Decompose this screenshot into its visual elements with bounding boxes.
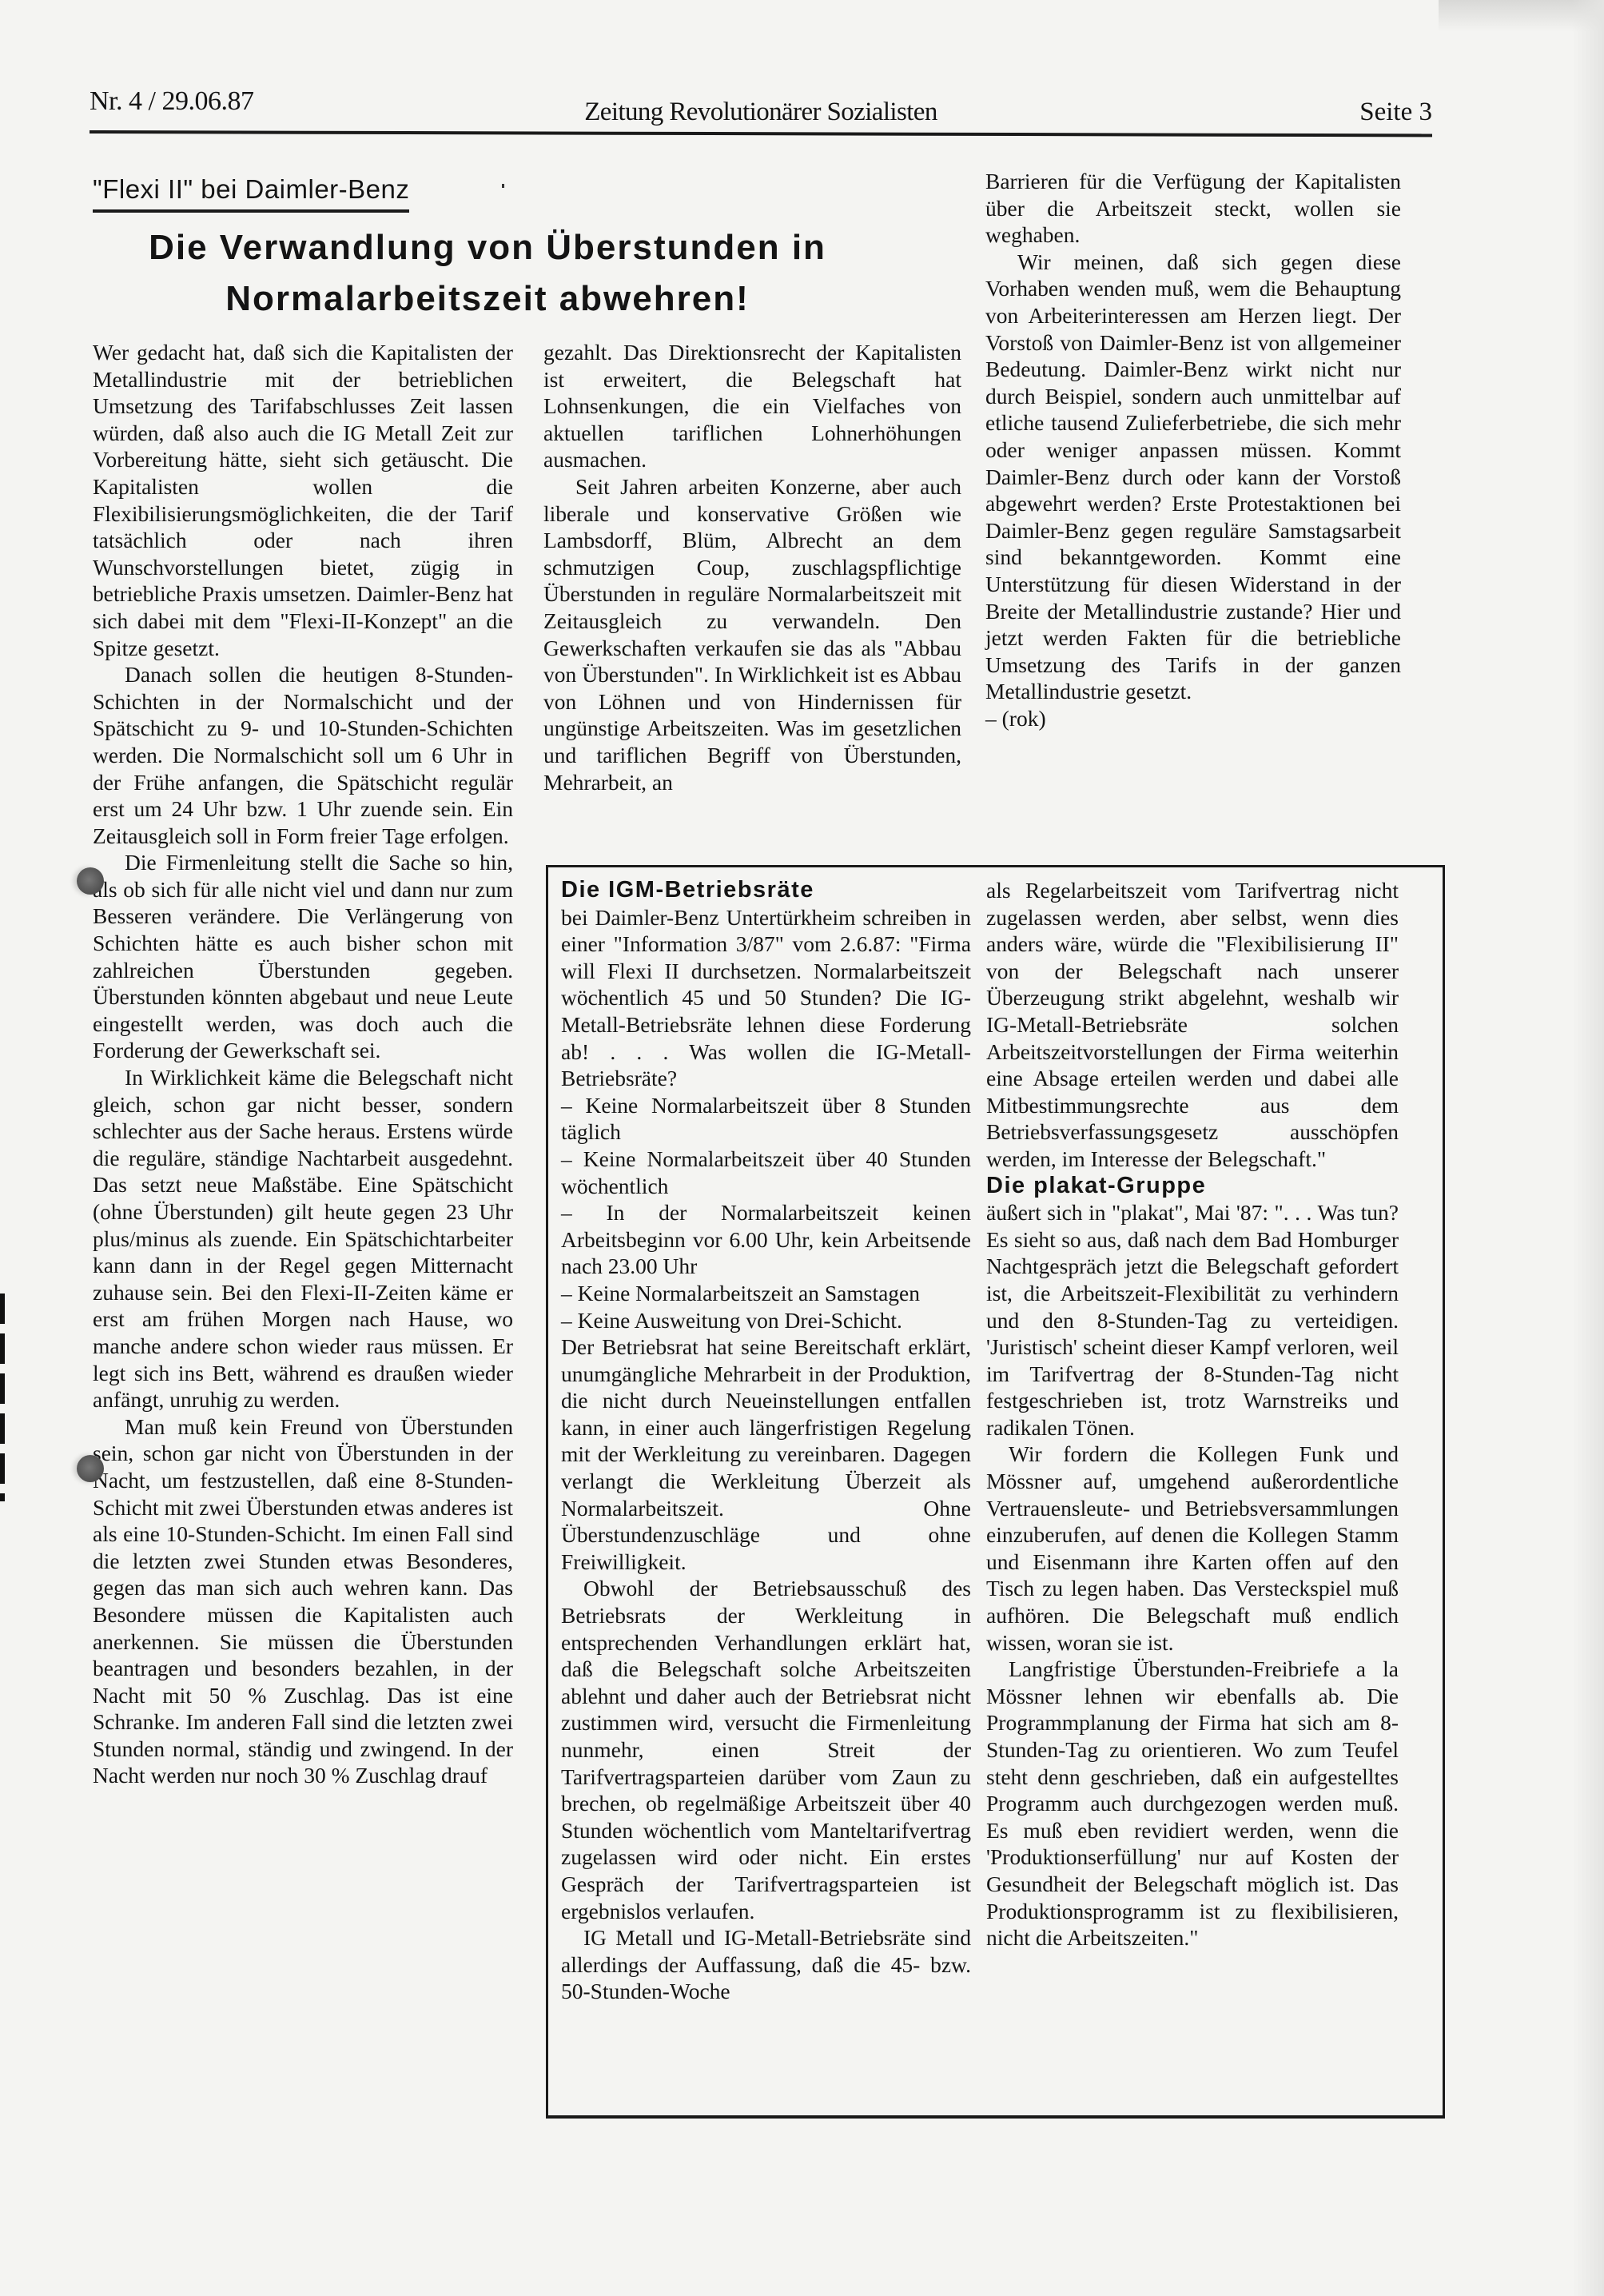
- punch-hole: [77, 1455, 104, 1482]
- scan-edge: [1572, 0, 1604, 2296]
- article-column-3: Barrieren für die Verfügung der Kapitali…: [985, 168, 1401, 731]
- author-signature: – (rok): [985, 705, 1401, 732]
- demand-item: – Keine Ausweitung von Drei-Schicht.: [561, 1307, 971, 1334]
- punch-hole: [77, 867, 104, 895]
- subhead-igm: Die IGM-Betriebsräte: [561, 877, 971, 904]
- paragraph: Langfristige Überstunden-Freibriefe a la…: [986, 1656, 1399, 1951]
- paragraph: IG Metall und IG-Metall-Betriebsräte sin…: [561, 1924, 971, 2005]
- paragraph: Die Firmenleitung stellt die Sache so hi…: [93, 849, 513, 1064]
- demand-item: – Keine Normalarbeitszeit über 40 Stunde…: [561, 1146, 971, 1199]
- paragraph: Wir fordern die Kollegen Funk und Mössne…: [986, 1441, 1399, 1656]
- page-number: Seite 3: [1359, 98, 1432, 127]
- paragraph: Der Betriebsrat hat seine Bereitschaft e…: [561, 1333, 971, 1575]
- article-column-1: Wer gedacht hat, daß sich die Kapitalist…: [93, 339, 513, 1789]
- quotes-box: Die IGM-Betriebsräte bei Daimler-Benz Un…: [546, 865, 1445, 2119]
- subhead-plakat: Die plakat-Gruppe: [986, 1173, 1399, 1200]
- issue-number: Nr. 4 / 29.06.87: [90, 86, 253, 117]
- demand-item: – Keine Normalarbeitszeit über 8 Stunden…: [561, 1092, 971, 1146]
- box-column-left: Die IGM-Betriebsräte bei Daimler-Benz Un…: [561, 877, 971, 2005]
- demand-item: – Keine Normalarbeitszeit an Samstagen: [561, 1280, 971, 1307]
- masthead: Nr. 4 / 29.06.87 Zeitung Revolutionärer …: [90, 86, 1432, 134]
- paragraph: In Wirklichkeit käme die Belegschaft nic…: [93, 1064, 513, 1413]
- print-speck: [502, 184, 504, 188]
- headline-line-2: Normalarbeitszeit abwehren!: [225, 279, 750, 318]
- demand-item: – In der Normalarbeitszeit keinen Arbeit…: [561, 1199, 971, 1280]
- article-column-2: gezahlt. Das Direktionsrecht der Kapital…: [543, 339, 961, 795]
- article-headline: Die Verwandlung von Überstunden in Norma…: [112, 222, 863, 325]
- paragraph: äußert sich in "plakat", Mai '87: ". . .…: [986, 1199, 1399, 1441]
- box-column-right: als Regelarbeitszeit vom Tarifvertrag ni…: [986, 877, 1399, 1951]
- paragraph: als Regelarbeitszeit vom Tarifvertrag ni…: [986, 877, 1399, 1173]
- paragraph: Danach sollen die heutigen 8-Stunden-Sch…: [93, 661, 513, 849]
- scan-edge-marks: [0, 1293, 5, 1501]
- newspaper-title: Zeitung Revolutionärer Sozialisten: [489, 98, 1033, 127]
- paragraph: Seit Jahren arbeiten Konzerne, aber auch…: [543, 473, 961, 795]
- paragraph: Wir meinen, daß sich gegen diese Vorhabe…: [985, 249, 1401, 705]
- article-kicker: "Flexi II" bei Daimler-Benz: [93, 174, 409, 213]
- headline-line-1: Die Verwandlung von Überstunden in: [149, 228, 826, 267]
- paragraph: gezahlt. Das Direktionsrecht der Kapital…: [543, 339, 961, 473]
- paragraph: Man muß kein Freund von Überstunden sein…: [93, 1413, 513, 1789]
- paragraph: Obwohl der Betriebsausschuß des Betriebs…: [561, 1575, 971, 1924]
- paragraph: bei Daimler-Benz Untertürkheim schreiben…: [561, 904, 971, 1092]
- paragraph: Barrieren für die Verfügung der Kapitali…: [985, 168, 1401, 249]
- paragraph: Wer gedacht hat, daß sich die Kapitalist…: [93, 339, 513, 661]
